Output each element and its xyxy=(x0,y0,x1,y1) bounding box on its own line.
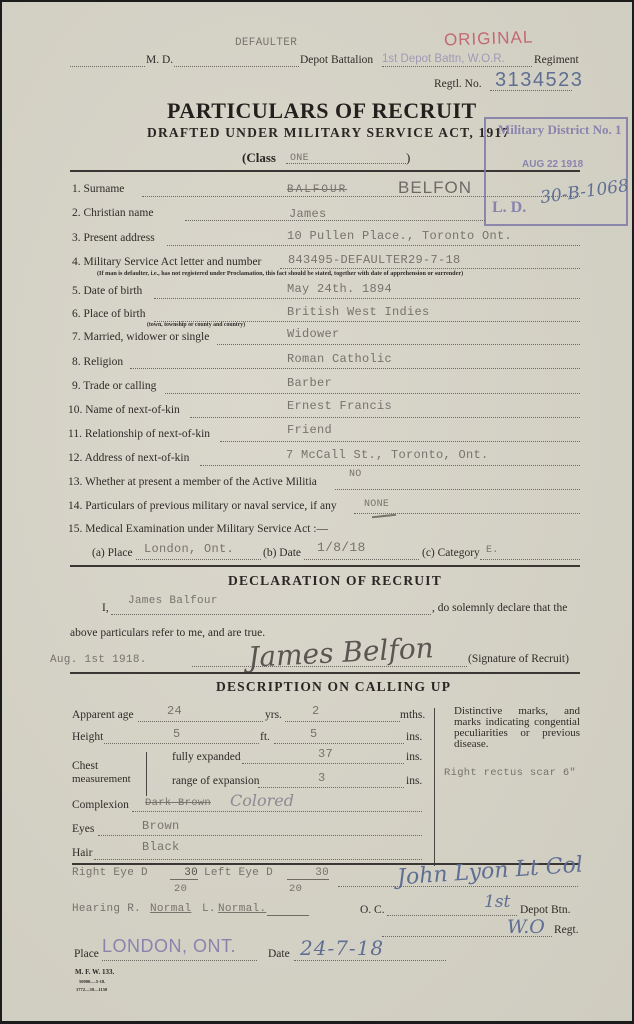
medical-place-label: (a) Place xyxy=(92,547,133,559)
field-14-label: 14. Particulars of previous military or … xyxy=(68,500,337,512)
field-4-line xyxy=(280,268,580,269)
field-10-line xyxy=(190,417,580,418)
field-6-note: (town, township or county and country) xyxy=(147,322,245,328)
field-11-label: 11. Relationship of next-of-kin xyxy=(68,428,210,440)
left-eye-denominator: 20 xyxy=(289,883,302,895)
eyes-line xyxy=(98,835,422,836)
age-years-value: 24 xyxy=(167,704,182,718)
age-months-line xyxy=(285,721,400,722)
left-eye-label: Left Eye D xyxy=(204,867,273,879)
next-of-kin-name-value: Ernest Francis xyxy=(287,399,392,413)
field-15-label: 15. Medical Examination under Military S… xyxy=(68,523,328,535)
date-of-birth-value: May 24th. 1894 xyxy=(287,282,392,296)
field-4-label: 4. Military Service Act letter and numbe… xyxy=(72,256,261,268)
section-divider-2 xyxy=(70,672,580,674)
md-value-line xyxy=(174,66,299,67)
md-dotted-line xyxy=(70,66,145,67)
footer-date-value: 24-7-18 xyxy=(300,936,384,960)
original-stamp: ORIGINAL xyxy=(444,27,534,50)
range-expansion-value: 3 xyxy=(318,771,326,785)
range-expansion-line xyxy=(258,787,404,788)
place-of-birth-value: British West Indies xyxy=(287,305,430,319)
complexion-line xyxy=(132,811,422,812)
range-ins-label: ins. xyxy=(406,775,422,787)
fully-expanded-line xyxy=(242,763,404,764)
active-militia-value: NO xyxy=(349,469,362,480)
christian-name-value: James xyxy=(289,207,327,221)
field-2-label: 2. Christian name xyxy=(72,207,153,219)
field-11-line xyxy=(220,441,580,442)
regtl-no-value: 3134523 xyxy=(495,69,583,92)
chest-bracket xyxy=(146,752,147,796)
right-eye-numerator: 30 xyxy=(170,867,198,880)
complexion-value: Colored xyxy=(230,791,294,810)
description-heading: DESCRIPTION ON CALLING UP xyxy=(216,679,451,695)
defaulter-typed-label: DEFAULTER xyxy=(235,37,297,49)
height-ins-label: ins. xyxy=(406,731,422,743)
class-label: (Class xyxy=(242,150,276,166)
declaration-line2: above particulars refer to me, and are t… xyxy=(70,627,265,639)
field-8-line xyxy=(130,368,580,369)
hair-line xyxy=(94,859,422,860)
district-stamp-ld: L. D. xyxy=(492,199,526,217)
field-3-line xyxy=(167,245,580,246)
field-4-note: (If man is defaulter, i.e., has not regi… xyxy=(97,270,463,277)
surname-value: BELFON xyxy=(398,178,472,198)
oc-line xyxy=(387,915,517,916)
footer-date-label: Date xyxy=(268,948,290,960)
chest-label-2: measurement xyxy=(72,773,131,785)
hearing-label: Hearing R. xyxy=(72,903,141,915)
field-12-line xyxy=(200,465,580,466)
depot-battalion-value: 1st Depot Battn, W.O.R. xyxy=(382,53,505,65)
field-13-line xyxy=(335,489,580,490)
hearing-left-value: Normal. xyxy=(218,903,266,915)
fully-expanded-label: fully expanded xyxy=(172,751,241,763)
field-3-label: 3. Present address xyxy=(72,232,155,244)
age-months-value: 2 xyxy=(312,704,320,718)
surname-struck-value: BALFOUR xyxy=(287,184,347,196)
medical-place-value: London, Ont. xyxy=(144,542,234,556)
depot-battalion-label: Depot Battalion xyxy=(300,54,373,66)
medical-date-line xyxy=(304,559,419,560)
declaration-heading: DECLARATION OF RECRUIT xyxy=(228,573,442,589)
ft-label: ft. xyxy=(260,731,270,743)
regt-label: Regt. xyxy=(554,924,579,936)
declaration-date-value: Aug. 1st 1918. xyxy=(50,654,147,666)
msa-number-value: 843495-DEFAULTER29-7-18 xyxy=(288,253,461,267)
field-9-label: 9. Trade or calling xyxy=(72,380,156,392)
print-line-2: 1772—39—1150 xyxy=(76,987,107,992)
medical-place-line xyxy=(136,559,261,560)
apparent-age-label: Apparent age xyxy=(72,709,134,721)
depot-btn-label: Depot Btn. xyxy=(520,904,570,916)
right-eye-label: Right Eye D xyxy=(72,867,148,879)
none-underline-mark xyxy=(372,514,396,518)
complexion-label: Complexion xyxy=(72,799,129,811)
regt-value: W.O xyxy=(507,916,545,938)
medical-category-line xyxy=(480,559,580,560)
mths-label: mths. xyxy=(400,709,425,721)
height-in-line xyxy=(274,743,404,744)
regtl-no-label: Regtl. No. xyxy=(434,78,482,90)
declaration-name-line xyxy=(111,614,431,615)
field-7-line xyxy=(217,344,580,345)
left-eye-numerator: 30 xyxy=(287,867,329,880)
previous-service-value: NONE xyxy=(364,499,389,510)
fully-expanded-ins-label: ins. xyxy=(406,751,422,763)
district-stamp-date: AUG 22 1918 xyxy=(522,159,583,170)
marks-column-divider xyxy=(434,708,435,866)
age-years-line xyxy=(138,721,263,722)
declaration-i-label: I, xyxy=(102,602,109,614)
right-eye-denominator: 20 xyxy=(174,883,187,895)
field-1-label: 1. Surname xyxy=(72,183,124,195)
field-9-line xyxy=(165,393,580,394)
field-2-line xyxy=(185,220,485,221)
next-of-kin-address-value: 7 McCall St., Toronto, Ont. xyxy=(286,448,489,462)
field-12-label: 12. Address of next-of-kin xyxy=(68,452,189,464)
chest-label-1: Chest xyxy=(72,760,98,772)
signature-label: (Signature of Recruit) xyxy=(468,653,569,665)
field-8-label: 8. Religion xyxy=(72,356,123,368)
distinctive-marks-heading: Distinctive marks, and marks indicating … xyxy=(454,706,580,750)
medical-category-label: (c) Category xyxy=(422,547,480,559)
field-10-label: 10. Name of next-of-kin xyxy=(68,404,180,416)
footer-place-line xyxy=(102,960,257,961)
recruit-form-document: DEFAULTER ORIGINAL M. D. Depot Battalion… xyxy=(2,2,632,1021)
section-divider-1 xyxy=(70,565,580,567)
declaration-name-value: James Balfour xyxy=(128,595,218,607)
fully-expanded-value: 37 xyxy=(318,747,333,761)
print-line-1: 50000.—5-18. xyxy=(79,979,105,984)
eyes-value: Brown xyxy=(142,819,180,833)
class-value: ONE xyxy=(290,153,309,164)
trade-value: Barber xyxy=(287,376,332,390)
religion-value: Roman Catholic xyxy=(287,352,392,366)
range-expansion-label: range of expansion xyxy=(172,775,260,787)
complexion-struck-value: Dark Brown xyxy=(145,797,211,809)
field-5-line xyxy=(154,298,580,299)
present-address-value: 10 Pullen Place., Toronto Ont. xyxy=(287,229,512,243)
field-13-label: 13. Whether at present a member of the A… xyxy=(68,476,317,488)
distinctive-marks-value: Right rectus scar 6" xyxy=(444,767,576,779)
page-subtitle: DRAFTED UNDER MILITARY SERVICE ACT, 1917 xyxy=(147,125,510,141)
footer-date-line xyxy=(294,960,446,961)
hair-value: Black xyxy=(142,840,180,854)
marital-status-value: Widower xyxy=(287,327,340,341)
hearing-right-value: Normal xyxy=(150,903,191,915)
medical-date-value: 1/8/18 xyxy=(317,540,366,555)
class-close: ) xyxy=(406,150,410,166)
declaration-text: , do solemnly declare that the xyxy=(432,602,567,614)
md-label: M. D. xyxy=(146,54,173,66)
next-of-kin-relationship-value: Friend xyxy=(287,423,332,437)
depot-btn-value: 1st xyxy=(484,892,510,912)
footer-place-label: Place xyxy=(74,948,99,960)
hearing-underline-tail xyxy=(267,915,309,916)
regiment-label: Regiment xyxy=(534,54,579,66)
oc-label: O. C. xyxy=(360,904,385,916)
form-number: M. F. W. 133. xyxy=(75,968,114,976)
height-ft-line xyxy=(104,743,259,744)
height-label: Height xyxy=(72,731,103,743)
district-stamp-line1: Military District No. 1 xyxy=(498,122,621,138)
medical-date-label: (b) Date xyxy=(263,547,301,559)
field-6-label: 6. Place of birth xyxy=(72,308,145,320)
hair-label: Hair xyxy=(72,847,92,859)
height-in-value: 5 xyxy=(310,727,318,741)
eyes-label: Eyes xyxy=(72,823,94,835)
field-5-label: 5. Date of birth xyxy=(72,285,142,297)
page-title: PARTICULARS OF RECRUIT xyxy=(167,98,477,124)
depot-battalion-line xyxy=(382,66,532,67)
field-7-label: 7. Married, widower or single xyxy=(72,331,209,343)
height-ft-value: 5 xyxy=(173,727,181,741)
medical-category-value: E. xyxy=(486,545,499,556)
field-1-line xyxy=(142,196,580,197)
hearing-left-label: L. xyxy=(202,903,216,915)
recruit-signature: James Belfon xyxy=(247,631,434,674)
footer-place-stamp: LONDON, ONT. xyxy=(102,936,236,957)
officer-signature: John Lyon Lt Col xyxy=(396,853,583,891)
yrs-label: yrs. xyxy=(265,709,282,721)
